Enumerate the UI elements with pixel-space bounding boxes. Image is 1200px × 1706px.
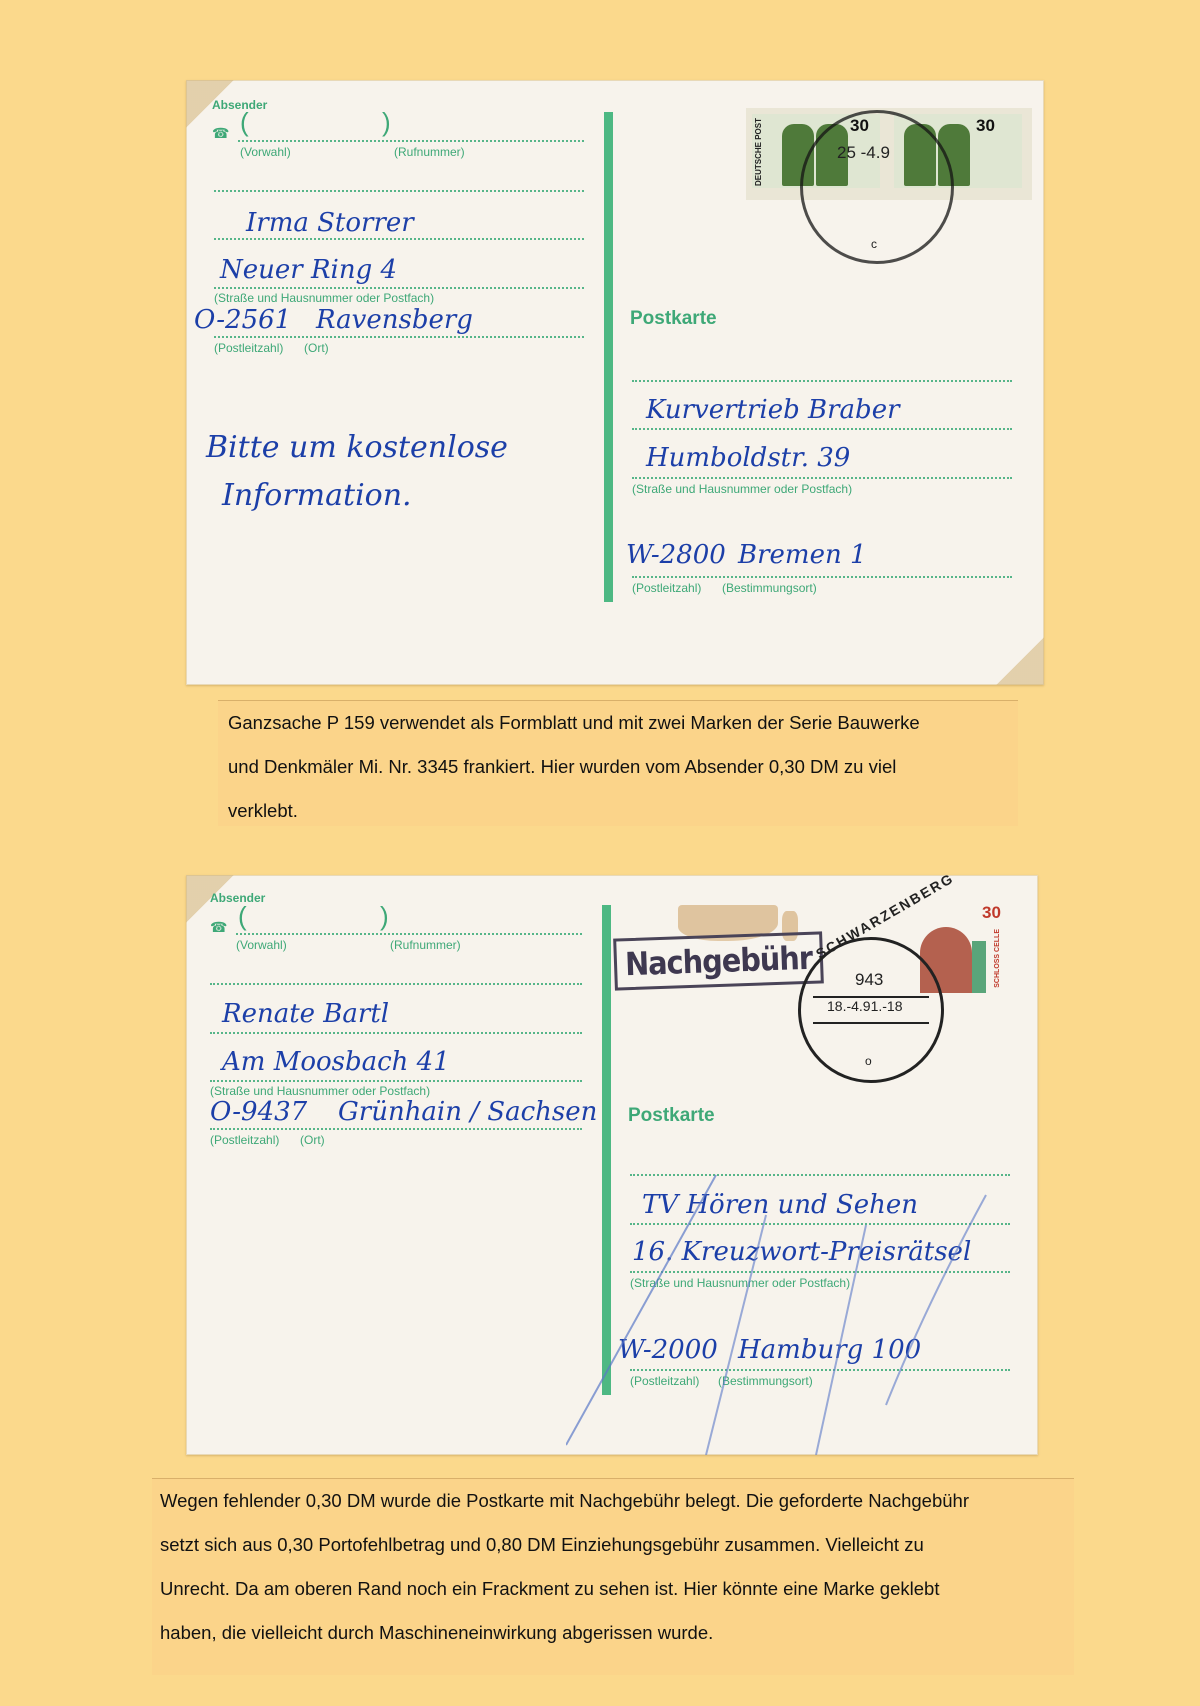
caption-2-line: setzt sich aus 0,30 Portofehlbetrag und … [160, 1523, 1074, 1567]
phone-line [236, 933, 582, 935]
sender-line [214, 238, 584, 240]
postmark: SCHWARZENBERG 943 18.-4.91.-18 o [798, 937, 944, 1083]
message-line-1: Bitte um kostenlose [206, 430, 508, 465]
dest-ort-label: (Bestimmungsort) [722, 581, 817, 595]
sender-line [210, 983, 582, 985]
postmark-number: 943 [855, 970, 883, 990]
sender-plz: O-2561 [194, 305, 291, 335]
ort-label: (Ort) [300, 1133, 325, 1147]
dest-plz-label: (Postleitzahl) [632, 581, 701, 595]
rufnummer-label: (Rufnummer) [394, 145, 465, 159]
message-line-2: Information. [222, 478, 412, 513]
close-paren: ) [382, 107, 391, 138]
postcard-2: Absender ☎ ( ) (Vorwahl) (Rufnummer) Ren… [186, 875, 1038, 1455]
caption-1-line: Ganzsache P 159 verwendet als Formblatt … [228, 701, 1018, 745]
caption-2: Wegen fehlender 0,30 DM wurde die Postka… [152, 1478, 1074, 1675]
phone-line [238, 140, 584, 142]
telephone-icon: ☎ [212, 125, 229, 142]
caption-2-line: haben, die vielleicht durch Maschinenein… [160, 1611, 1074, 1655]
postmark-code: c [871, 237, 877, 251]
close-paren: ) [380, 901, 389, 932]
stamp-value: 30 [976, 116, 995, 136]
street-label: (Straße und Hausnummer oder Postfach) [210, 1084, 430, 1098]
recipient-line [632, 477, 1012, 479]
rufnummer-label: (Rufnummer) [390, 938, 461, 952]
caption-2-line: Unrecht. Da am oberen Rand noch ein Frac… [160, 1567, 1074, 1611]
sender-line [214, 190, 584, 192]
plz-label: (Postleitzahl) [214, 341, 283, 355]
postcard-1: Absender ☎ ( ) (Vorwahl) (Rufnummer) Irm… [186, 80, 1044, 685]
open-paren: ( [240, 107, 249, 138]
sender-street: Am Moosbach 41 [222, 1047, 450, 1077]
recipient-line [632, 428, 1012, 430]
divider-bar [604, 112, 613, 602]
postmark-date: 18.-4.91.-18 [827, 998, 903, 1014]
postmark: 25 -4.9 c [800, 110, 954, 264]
plz-label: (Postleitzahl) [210, 1133, 279, 1147]
telephone-icon: ☎ [210, 919, 227, 936]
sender-line [210, 1128, 582, 1130]
caption-1: Ganzsache P 159 verwendet als Formblatt … [218, 700, 1018, 826]
dest-street-label: (Straße und Hausnummer oder Postfach) [632, 482, 852, 496]
vorwahl-label: (Vorwahl) [240, 145, 291, 159]
street-label: (Straße und Hausnummer oder Postfach) [214, 291, 434, 305]
pen-strike-marks [566, 1155, 1006, 1455]
sender-plz: O-9437 [210, 1097, 307, 1127]
sender-name: Renate Bartl [222, 999, 389, 1029]
recipient-line [632, 576, 1012, 578]
open-paren: ( [238, 901, 247, 932]
recipient-plz: W-2800 [626, 540, 726, 570]
recipient-name: Kurvertrieb Braber [646, 395, 900, 425]
caption-1-line: verklebt. [228, 789, 1018, 833]
recipient-line [632, 380, 1012, 382]
stamp-caption: SCHLOSS CELLE [994, 929, 1001, 988]
sender-street: Neuer Ring 4 [220, 255, 397, 285]
postmark-code: o [865, 1054, 872, 1068]
nachgebuehr-cachet: Nachgebühr [613, 931, 824, 990]
recipient-city: Bremen 1 [738, 540, 867, 570]
recipient-street: Humboldstr. 39 [646, 443, 850, 473]
sender-line [214, 287, 584, 289]
castle-tower-icon [972, 941, 986, 993]
sender-line [210, 1080, 582, 1082]
caption-2-line: Wegen fehlender 0,30 DM wurde die Postka… [160, 1479, 1074, 1523]
stamp-country: DEUTSCHE POST [754, 118, 763, 186]
stamp-value: 30 [982, 903, 1001, 923]
postkarte-label: Postkarte [630, 308, 717, 330]
photo-corner [996, 637, 1044, 685]
caption-1-line: und Denkmäler Mi. Nr. 3345 frankiert. Hi… [228, 745, 1018, 789]
sender-city: Grünhain / Sachsen [338, 1097, 597, 1127]
postkarte-label: Postkarte [628, 1105, 715, 1127]
postmark-date: 25 -4.9 [837, 143, 890, 163]
sender-line [210, 1032, 582, 1034]
sender-line [214, 336, 584, 338]
sender-city: Ravensberg [316, 305, 473, 335]
ort-label: (Ort) [304, 341, 329, 355]
sender-name: Irma Storrer [246, 208, 414, 238]
vorwahl-label: (Vorwahl) [236, 938, 287, 952]
